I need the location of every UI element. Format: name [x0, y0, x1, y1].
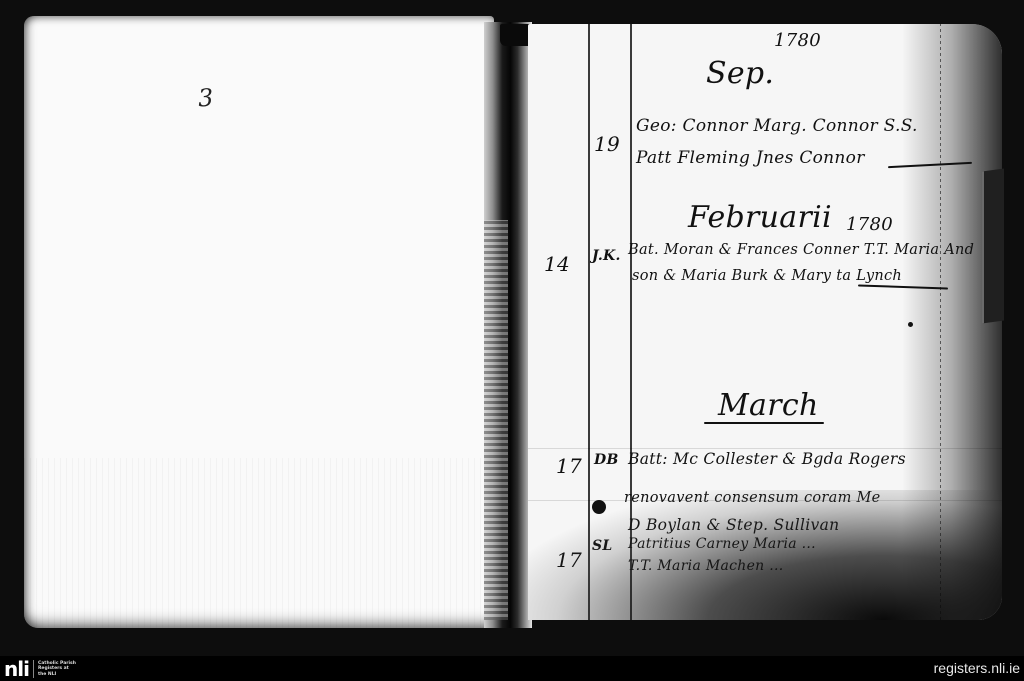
- ink-flourish: [858, 284, 948, 289]
- row-rule: [528, 500, 1002, 501]
- page-edge-tab: [982, 168, 1004, 323]
- entry-line: Bat. Moran & Frances Conner T.T. Maria A…: [628, 242, 974, 258]
- entry-day: 17: [556, 548, 582, 572]
- nli-logo-text: Catholic Parish Registers at the NLI: [38, 661, 76, 678]
- entry-line: Patritius Carney Maria ...: [628, 536, 816, 552]
- entry-line: T.T. Maria Machen ...: [628, 558, 784, 574]
- entry-line: renovavent consensum coram Me: [624, 490, 881, 506]
- entry-day: 17: [556, 454, 582, 478]
- footer-bar: nli Catholic Parish Registers at the NLI…: [0, 656, 1024, 681]
- register-image-viewer[interactable]: 3 1780 Sep. 19 Geo: Connor Marg. Connor …: [0, 0, 1024, 656]
- section-heading: Februarii: [688, 200, 832, 235]
- section-year: 1780: [774, 30, 821, 51]
- ink-flourish: [704, 422, 824, 424]
- ink-dot: [908, 322, 913, 327]
- section-heading: Sep.: [706, 56, 774, 91]
- entry-line: Batt: Mc Collester & Bgda Rogers: [628, 450, 906, 468]
- right-page: 1780 Sep. 19 Geo: Connor Marg. Connor S.…: [528, 24, 1002, 620]
- column-rule-day: [588, 24, 590, 620]
- entry-initials: DB: [594, 452, 619, 468]
- entry-line: Geo: Connor Marg. Connor S.S.: [636, 116, 918, 136]
- nli-logo-mark: nli: [4, 659, 29, 679]
- ink-flourish: [888, 162, 972, 168]
- entry-day: 14: [544, 252, 570, 276]
- entry-line: son & Maria Burk & Mary ta Lynch: [632, 268, 902, 284]
- spine-damage: [484, 220, 508, 620]
- entry-initials: SL: [592, 538, 613, 554]
- nli-logo[interactable]: nli Catholic Parish Registers at the NLI: [4, 659, 76, 679]
- column-rule-margin: [940, 24, 941, 620]
- column-rule-initials: [630, 24, 632, 620]
- ink-blot: [592, 500, 606, 514]
- entry-initials: J.K.: [592, 248, 621, 264]
- section-year: 1780: [846, 214, 893, 235]
- entry-line: D Boylan & Step. Sullivan: [628, 516, 839, 534]
- section-heading: March: [718, 388, 819, 423]
- entry-line: Patt Fleming Jnes Connor: [636, 148, 865, 168]
- logo-divider: [33, 660, 34, 678]
- page-number: 3: [197, 84, 214, 113]
- site-url-link[interactable]: registers.nli.ie: [934, 660, 1020, 676]
- entry-day: 19: [594, 132, 620, 156]
- row-rule: [528, 448, 1002, 449]
- left-page: 3: [24, 16, 494, 628]
